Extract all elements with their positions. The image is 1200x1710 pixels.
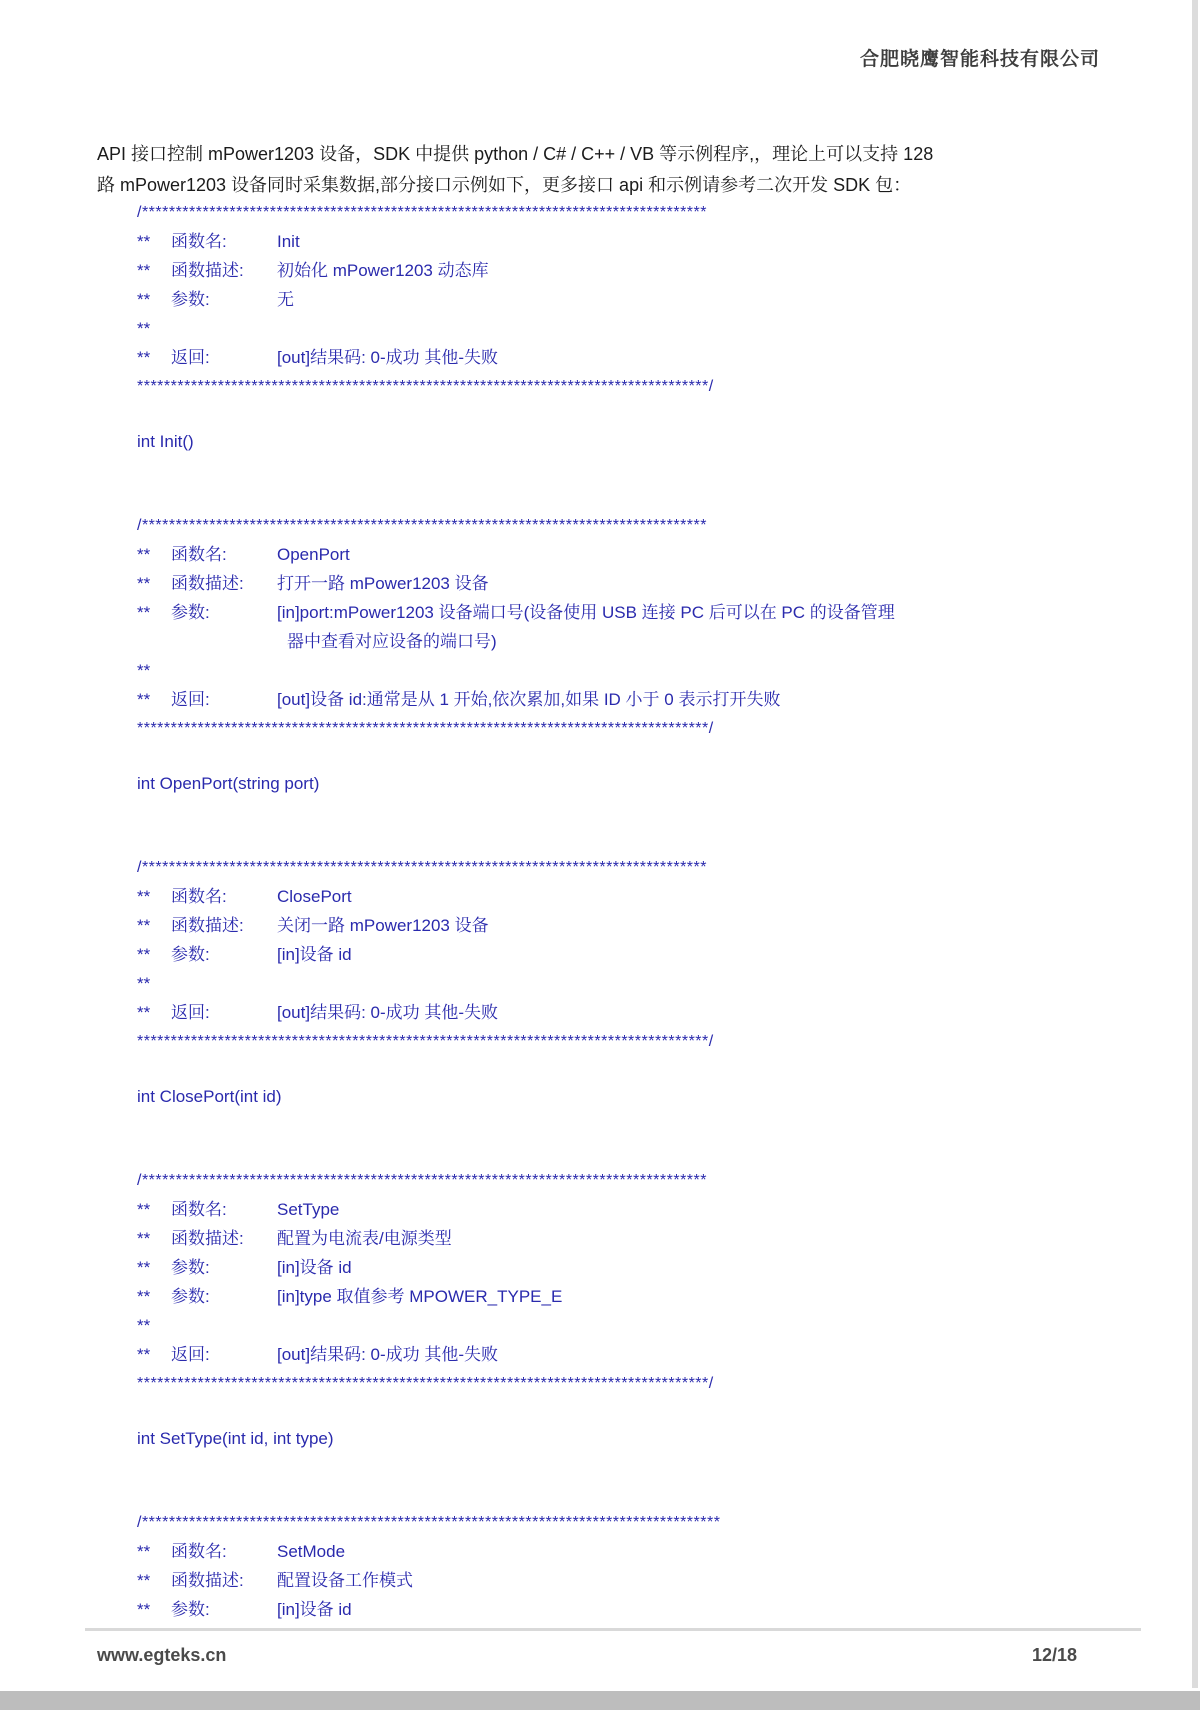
field-value <box>277 969 1137 998</box>
field-label <box>171 1311 277 1340</box>
function-signature: int OpenPort(string port) <box>137 769 1137 798</box>
comment-prefix: ** <box>137 1566 171 1595</box>
field-label: 函数描述: <box>171 256 277 285</box>
comment-prefix: ** <box>137 256 171 285</box>
field-label <box>171 969 277 998</box>
field-value: [in]设备 id <box>277 940 1137 969</box>
comment-prefix: ** <box>137 314 171 343</box>
comment-prefix: ** <box>137 969 171 998</box>
code-blocks: /***************************************… <box>137 198 1137 1679</box>
comment-row: **返回:[out]结果码: 0-成功 其他-失败 <box>137 343 1137 372</box>
field-value: Init <box>277 227 1137 256</box>
field-value-continuation: 器中查看对应设备的端口号) <box>137 627 1137 656</box>
function-doc-block: /***************************************… <box>137 198 1137 456</box>
field-label: 函数名: <box>171 882 277 911</box>
field-label: 函数描述: <box>171 911 277 940</box>
comment-row: **参数:[in]设备 id <box>137 1595 1137 1624</box>
field-value: SetType <box>277 1195 1137 1224</box>
comment-row: ** <box>137 314 1137 343</box>
function-signature: int Init() <box>137 427 1137 456</box>
field-label: 函数名: <box>171 1537 277 1566</box>
field-value: [in]type 取值参考 MPOWER_TYPE_E <box>277 1282 1137 1311</box>
field-label: 函数描述: <box>171 569 277 598</box>
field-label: 函数名: <box>171 227 277 256</box>
comment-row: ** <box>137 1311 1137 1340</box>
comment-prefix: ** <box>137 569 171 598</box>
footer-page-number: 12/18 <box>1032 1645 1077 1666</box>
function-doc-block: /***************************************… <box>137 1166 1137 1453</box>
comment-row: **参数:[in]port:mPower1203 设备端口号(设备使用 USB … <box>137 598 1137 627</box>
comment-prefix: ** <box>137 998 171 1027</box>
page-footer: www.egteks.cn 12/18 <box>97 1645 1077 1666</box>
comment-close-line: ****************************************… <box>137 372 1137 401</box>
field-label: 参数: <box>171 598 277 627</box>
field-label: 参数: <box>171 1253 277 1282</box>
comment-row: **函数描述:打开一路 mPower1203 设备 <box>137 569 1137 598</box>
comment-prefix: ** <box>137 911 171 940</box>
comment-prefix: ** <box>137 343 171 372</box>
comment-row: **函数名:ClosePort <box>137 882 1137 911</box>
comment-prefix: ** <box>137 685 171 714</box>
comment-row: **返回:[out]结果码: 0-成功 其他-失败 <box>137 1340 1137 1369</box>
intro-line-2: 路 mPower1203 设备同时采集数据,部分接口示例如下，更多接口 api … <box>97 170 1057 201</box>
field-label <box>171 656 277 685</box>
comment-open-line: /***************************************… <box>137 1166 1137 1195</box>
field-value: 无 <box>277 285 1137 314</box>
page-right-edge <box>1192 0 1198 1688</box>
comment-row: **函数描述:初始化 mPower1203 动态库 <box>137 256 1137 285</box>
comment-prefix: ** <box>137 1224 171 1253</box>
function-doc-block: /***************************************… <box>137 511 1137 798</box>
field-value: [out]结果码: 0-成功 其他-失败 <box>277 1340 1137 1369</box>
field-value: [out]设备 id:通常是从 1 开始,依次累加,如果 ID 小于 0 表示打… <box>277 685 1137 714</box>
field-value: [in]port:mPower1203 设备端口号(设备使用 USB 连接 PC… <box>277 598 1137 627</box>
intro-paragraph: API 接口控制 mPower1203 设备，SDK 中提供 python / … <box>97 139 1057 201</box>
comment-row: ** <box>137 969 1137 998</box>
intro-line-1: API 接口控制 mPower1203 设备，SDK 中提供 python / … <box>97 139 1057 170</box>
comment-prefix: ** <box>137 285 171 314</box>
comment-row: **返回:[out]设备 id:通常是从 1 开始,依次累加,如果 ID 小于 … <box>137 685 1137 714</box>
comment-row: ** <box>137 656 1137 685</box>
comment-row: **参数:[in]设备 id <box>137 1253 1137 1282</box>
field-value: OpenPort <box>277 540 1137 569</box>
comment-open-line: /***************************************… <box>137 853 1137 882</box>
comment-prefix: ** <box>137 1311 171 1340</box>
comment-row: **参数:[in]type 取值参考 MPOWER_TYPE_E <box>137 1282 1137 1311</box>
function-signature: int ClosePort(int id) <box>137 1082 1137 1111</box>
comment-prefix: ** <box>137 940 171 969</box>
field-label: 返回: <box>171 998 277 1027</box>
comment-row: **参数:无 <box>137 285 1137 314</box>
comment-row: **参数:[in]设备 id <box>137 940 1137 969</box>
field-label: 函数描述: <box>171 1566 277 1595</box>
field-value <box>277 656 1137 685</box>
field-label <box>171 314 277 343</box>
field-label: 参数: <box>171 285 277 314</box>
company-header: 合肥晓鹰智能科技有限公司 <box>0 44 1100 71</box>
comment-row: **函数描述:配置设备工作模式 <box>137 1566 1137 1595</box>
field-label: 参数: <box>171 1595 277 1624</box>
function-doc-block: /***************************************… <box>137 853 1137 1111</box>
comment-prefix: ** <box>137 1195 171 1224</box>
field-value: 关闭一路 mPower1203 设备 <box>277 911 1137 940</box>
comment-prefix: ** <box>137 1282 171 1311</box>
comment-prefix: ** <box>137 1537 171 1566</box>
comment-open-line: /***************************************… <box>137 198 1137 227</box>
comment-open-line: /***************************************… <box>137 511 1137 540</box>
field-value: [out]结果码: 0-成功 其他-失败 <box>277 998 1137 1027</box>
comment-close-line: ****************************************… <box>137 1027 1137 1056</box>
comment-prefix: ** <box>137 1253 171 1282</box>
comment-prefix: ** <box>137 656 171 685</box>
comment-row: **函数名:SetType <box>137 1195 1137 1224</box>
function-doc-block: /***************************************… <box>137 1508 1137 1624</box>
field-label: 函数名: <box>171 540 277 569</box>
comment-row: **函数名:SetMode <box>137 1537 1137 1566</box>
field-value: 打开一路 mPower1203 设备 <box>277 569 1137 598</box>
field-value: [in]设备 id <box>277 1595 1137 1624</box>
comment-prefix: ** <box>137 1595 171 1624</box>
comment-prefix: ** <box>137 598 171 627</box>
comment-prefix: ** <box>137 227 171 256</box>
field-label: 返回: <box>171 1340 277 1369</box>
field-value: 配置为电流表/电源类型 <box>277 1224 1137 1253</box>
field-value: 配置设备工作模式 <box>277 1566 1137 1595</box>
comment-row: **函数名:OpenPort <box>137 540 1137 569</box>
function-signature: int SetType(int id, int type) <box>137 1424 1137 1453</box>
comment-row: **函数描述:关闭一路 mPower1203 设备 <box>137 911 1137 940</box>
field-value: ClosePort <box>277 882 1137 911</box>
comment-prefix: ** <box>137 882 171 911</box>
comment-close-line: ****************************************… <box>137 1369 1137 1398</box>
comment-close-line: ****************************************… <box>137 714 1137 743</box>
comment-row: **返回:[out]结果码: 0-成功 其他-失败 <box>137 998 1137 1027</box>
field-value <box>277 314 1137 343</box>
document-page: 合肥晓鹰智能科技有限公司 API 接口控制 mPower1203 设备，SDK … <box>0 0 1200 1710</box>
footer-url: www.egteks.cn <box>97 1645 226 1666</box>
field-label: 函数描述: <box>171 1224 277 1253</box>
field-value: SetMode <box>277 1537 1137 1566</box>
footer-divider <box>85 1628 1141 1631</box>
comment-prefix: ** <box>137 540 171 569</box>
field-label: 参数: <box>171 940 277 969</box>
field-label: 函数名: <box>171 1195 277 1224</box>
comment-prefix: ** <box>137 1340 171 1369</box>
comment-row: **函数描述:配置为电流表/电源类型 <box>137 1224 1137 1253</box>
page-bottom-edge <box>0 1691 1200 1710</box>
field-value <box>277 1311 1137 1340</box>
field-label: 返回: <box>171 685 277 714</box>
field-label: 参数: <box>171 1282 277 1311</box>
comment-row: **函数名:Init <box>137 227 1137 256</box>
field-value: 初始化 mPower1203 动态库 <box>277 256 1137 285</box>
field-value: [in]设备 id <box>277 1253 1137 1282</box>
field-value: [out]结果码: 0-成功 其他-失败 <box>277 343 1137 372</box>
comment-open-line: /***************************************… <box>137 1508 1137 1537</box>
field-label: 返回: <box>171 343 277 372</box>
